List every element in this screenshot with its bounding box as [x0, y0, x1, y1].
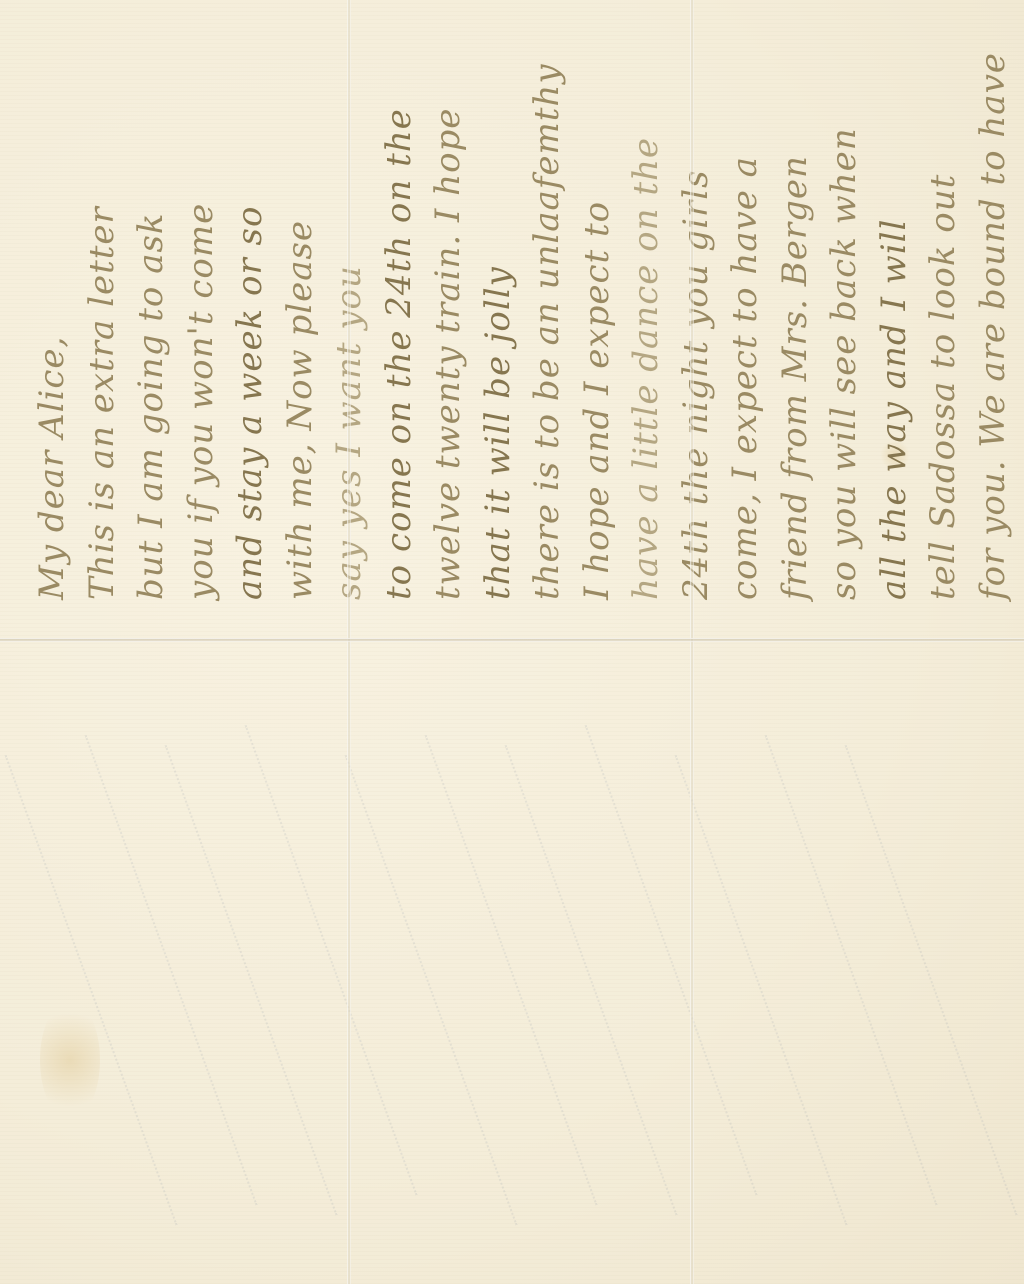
scan-edge-bottom — [0, 1284, 1030, 1288]
letter-line: that it will be jolly — [474, 40, 524, 600]
vertical-fold-crease — [690, 0, 694, 1284]
letter-line: come, I expect to have a — [721, 40, 771, 600]
letter-line: with me, Now please — [276, 40, 326, 600]
letter-line: to come on the 24th on the — [375, 40, 425, 600]
letter-line: This is an extra letter — [78, 40, 128, 600]
letter-body: My dear Alice, This is an extra letter b… — [28, 40, 1018, 600]
scan-edge-right — [1024, 0, 1030, 1288]
letter-line: you if you won't come — [177, 40, 227, 600]
letter-line: twelve twenty train. I hope — [424, 40, 474, 600]
letter-line: have a little dance on the — [622, 40, 672, 600]
letter-line: all the way and I will — [870, 40, 920, 600]
vertical-fold-crease — [347, 0, 351, 1284]
letter-line: but I am going to ask — [127, 40, 177, 600]
letter-line: so you will see back when — [820, 40, 870, 600]
letter-line: 24th the night you girls — [672, 40, 722, 600]
letter-line: there is to be an unlaafemthy — [523, 40, 573, 600]
letter-line: and stay a week or so — [226, 40, 276, 600]
bleed-through-writing — [30, 700, 990, 1260]
salutation: My dear Alice, — [28, 40, 78, 600]
letter-line: tell Sadossa to look out — [919, 40, 969, 600]
letter-line: friend from Mrs. Bergen — [771, 40, 821, 600]
horizontal-fold-crease — [0, 638, 1024, 642]
letter-line: for you. We are bound to have — [969, 40, 1019, 600]
letter-sheet: My dear Alice, This is an extra letter b… — [0, 0, 1030, 1288]
letter-line: I hope and I expect to — [573, 40, 623, 600]
